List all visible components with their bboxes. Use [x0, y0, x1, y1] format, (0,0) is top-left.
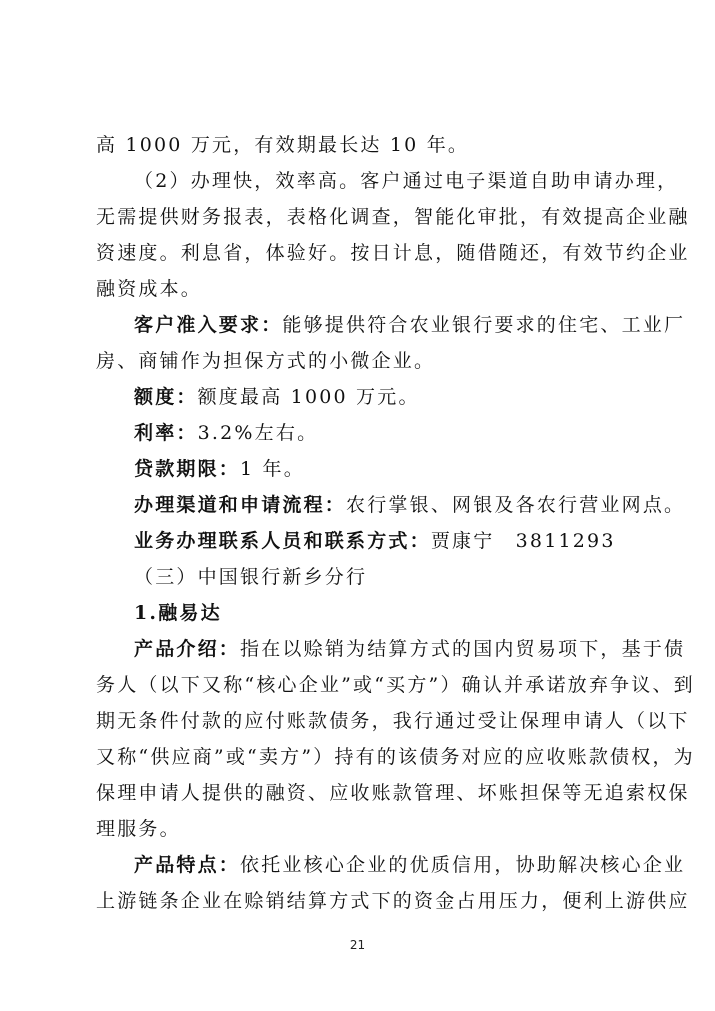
text-line: 期无条件付款的应付账款债务，我行通过受让保理申请人（以下	[96, 709, 631, 733]
line-text: 无需提供财务报表，表格化调查，智能化审批，有效提高企业融	[96, 206, 690, 228]
text-line: 理服务。	[96, 817, 631, 841]
line-text: 务人（以下又称“核心企业”或“买方”）确认并承诺放弃争议、到	[96, 674, 695, 696]
document-page: 高 1000 万元，有效期最长达 10 年。 （2）办理快，效率高。客户通过电子…	[0, 0, 715, 1011]
loan-term: 贷款期限：1 年。	[134, 457, 631, 481]
text-line: 务人（以下又称“核心企业”或“买方”）确认并承诺放弃争议、到	[96, 673, 631, 697]
line-text: 高 1000 万元，有效期最长达 10 年。	[96, 134, 469, 156]
text-line: （2）办理快，效率高。客户通过电子渠道自助申请办理，	[134, 169, 631, 193]
product-title: 1.融易达	[134, 601, 631, 625]
field-value: 农行掌银、网银及各农行营业网点。	[346, 494, 685, 516]
text-line: 无需提供财务报表，表格化调查，智能化审批，有效提高企业融	[96, 205, 631, 229]
application-channel: 办理渠道和申请流程：农行掌银、网银及各农行营业网点。	[134, 493, 631, 517]
field-label: 贷款期限：	[134, 458, 240, 480]
line-text: 又称“供应商”或“卖方”）持有的该债务对应的应收账款债权，为	[96, 746, 695, 768]
line-text: （2）办理快，效率高。客户通过电子渠道自助申请办理，	[134, 170, 678, 192]
credit-limit: 额度：额度最高 1000 万元。	[134, 385, 631, 409]
field-value: 额度最高 1000 万元。	[198, 386, 420, 408]
page-number: 21	[0, 938, 715, 952]
line-text: 房、商铺作为担保方式的小微企业。	[96, 350, 435, 372]
text-line: 保理申请人提供的融资、应收账款管理、坏账担保等无追索权保	[96, 781, 631, 805]
product-features: 产品特点：依托业核心企业的优质信用，协助解决核心企业	[134, 853, 631, 877]
line-text: 资速度。利息省，体验好。按日计息，随借随还，有效节约企业	[96, 242, 690, 264]
customer-requirements: 客户准入要求：能够提供符合农业银行要求的住宅、工业厂	[134, 313, 631, 337]
section-heading: （三）中国银行新乡分行	[134, 565, 631, 589]
field-value: 指在以赊销为结算方式的国内贸易项下，基于债	[240, 638, 685, 660]
line-text: 期无条件付款的应付账款债务，我行通过受让保理申请人（以下	[96, 710, 690, 732]
field-label: 利率：	[134, 422, 198, 444]
text-line: 融资成本。	[96, 277, 631, 301]
line-text: 理服务。	[96, 818, 181, 840]
field-value: 依托业核心企业的优质信用，协助解决核心企业	[240, 854, 685, 876]
field-label: 产品特点：	[134, 854, 240, 876]
line-text: 融资成本。	[96, 278, 202, 300]
field-label: 客户准入要求：	[134, 314, 282, 336]
line-text: 上游链条企业在赊销结算方式下的资金占用压力，便利上游供应	[96, 890, 690, 912]
product-name: 1.融易达	[134, 602, 222, 624]
interest-rate: 利率：3.2%左右。	[134, 421, 631, 445]
text-line: 资速度。利息省，体验好。按日计息，随借随还，有效节约企业	[96, 241, 631, 265]
field-value: 贾康宁 3811293	[431, 530, 616, 552]
field-label: 办理渠道和申请流程：	[134, 494, 346, 516]
field-label: 额度：	[134, 386, 198, 408]
field-value: 1 年。	[240, 458, 305, 480]
field-label: 业务办理联系人员和联系方式：	[134, 530, 431, 552]
field-value: 能够提供符合农业银行要求的住宅、工业厂	[282, 314, 685, 336]
field-value: 3.2%左右。	[198, 422, 319, 444]
contact-info: 业务办理联系人员和联系方式：贾康宁 3811293	[134, 529, 631, 553]
field-label: 产品介绍：	[134, 638, 240, 660]
text-line: 上游链条企业在赊销结算方式下的资金占用压力，便利上游供应	[96, 889, 631, 913]
heading-text: （三）中国银行新乡分行	[134, 566, 367, 588]
text-line: 又称“供应商”或“卖方”）持有的该债务对应的应收账款债权，为	[96, 745, 631, 769]
text-line: 房、商铺作为担保方式的小微企业。	[96, 349, 631, 373]
line-text: 保理申请人提供的融资、应收账款管理、坏账担保等无追索权保	[96, 782, 690, 804]
product-intro: 产品介绍：指在以赊销为结算方式的国内贸易项下，基于债	[134, 637, 631, 661]
text-line: 高 1000 万元，有效期最长达 10 年。	[96, 133, 631, 157]
